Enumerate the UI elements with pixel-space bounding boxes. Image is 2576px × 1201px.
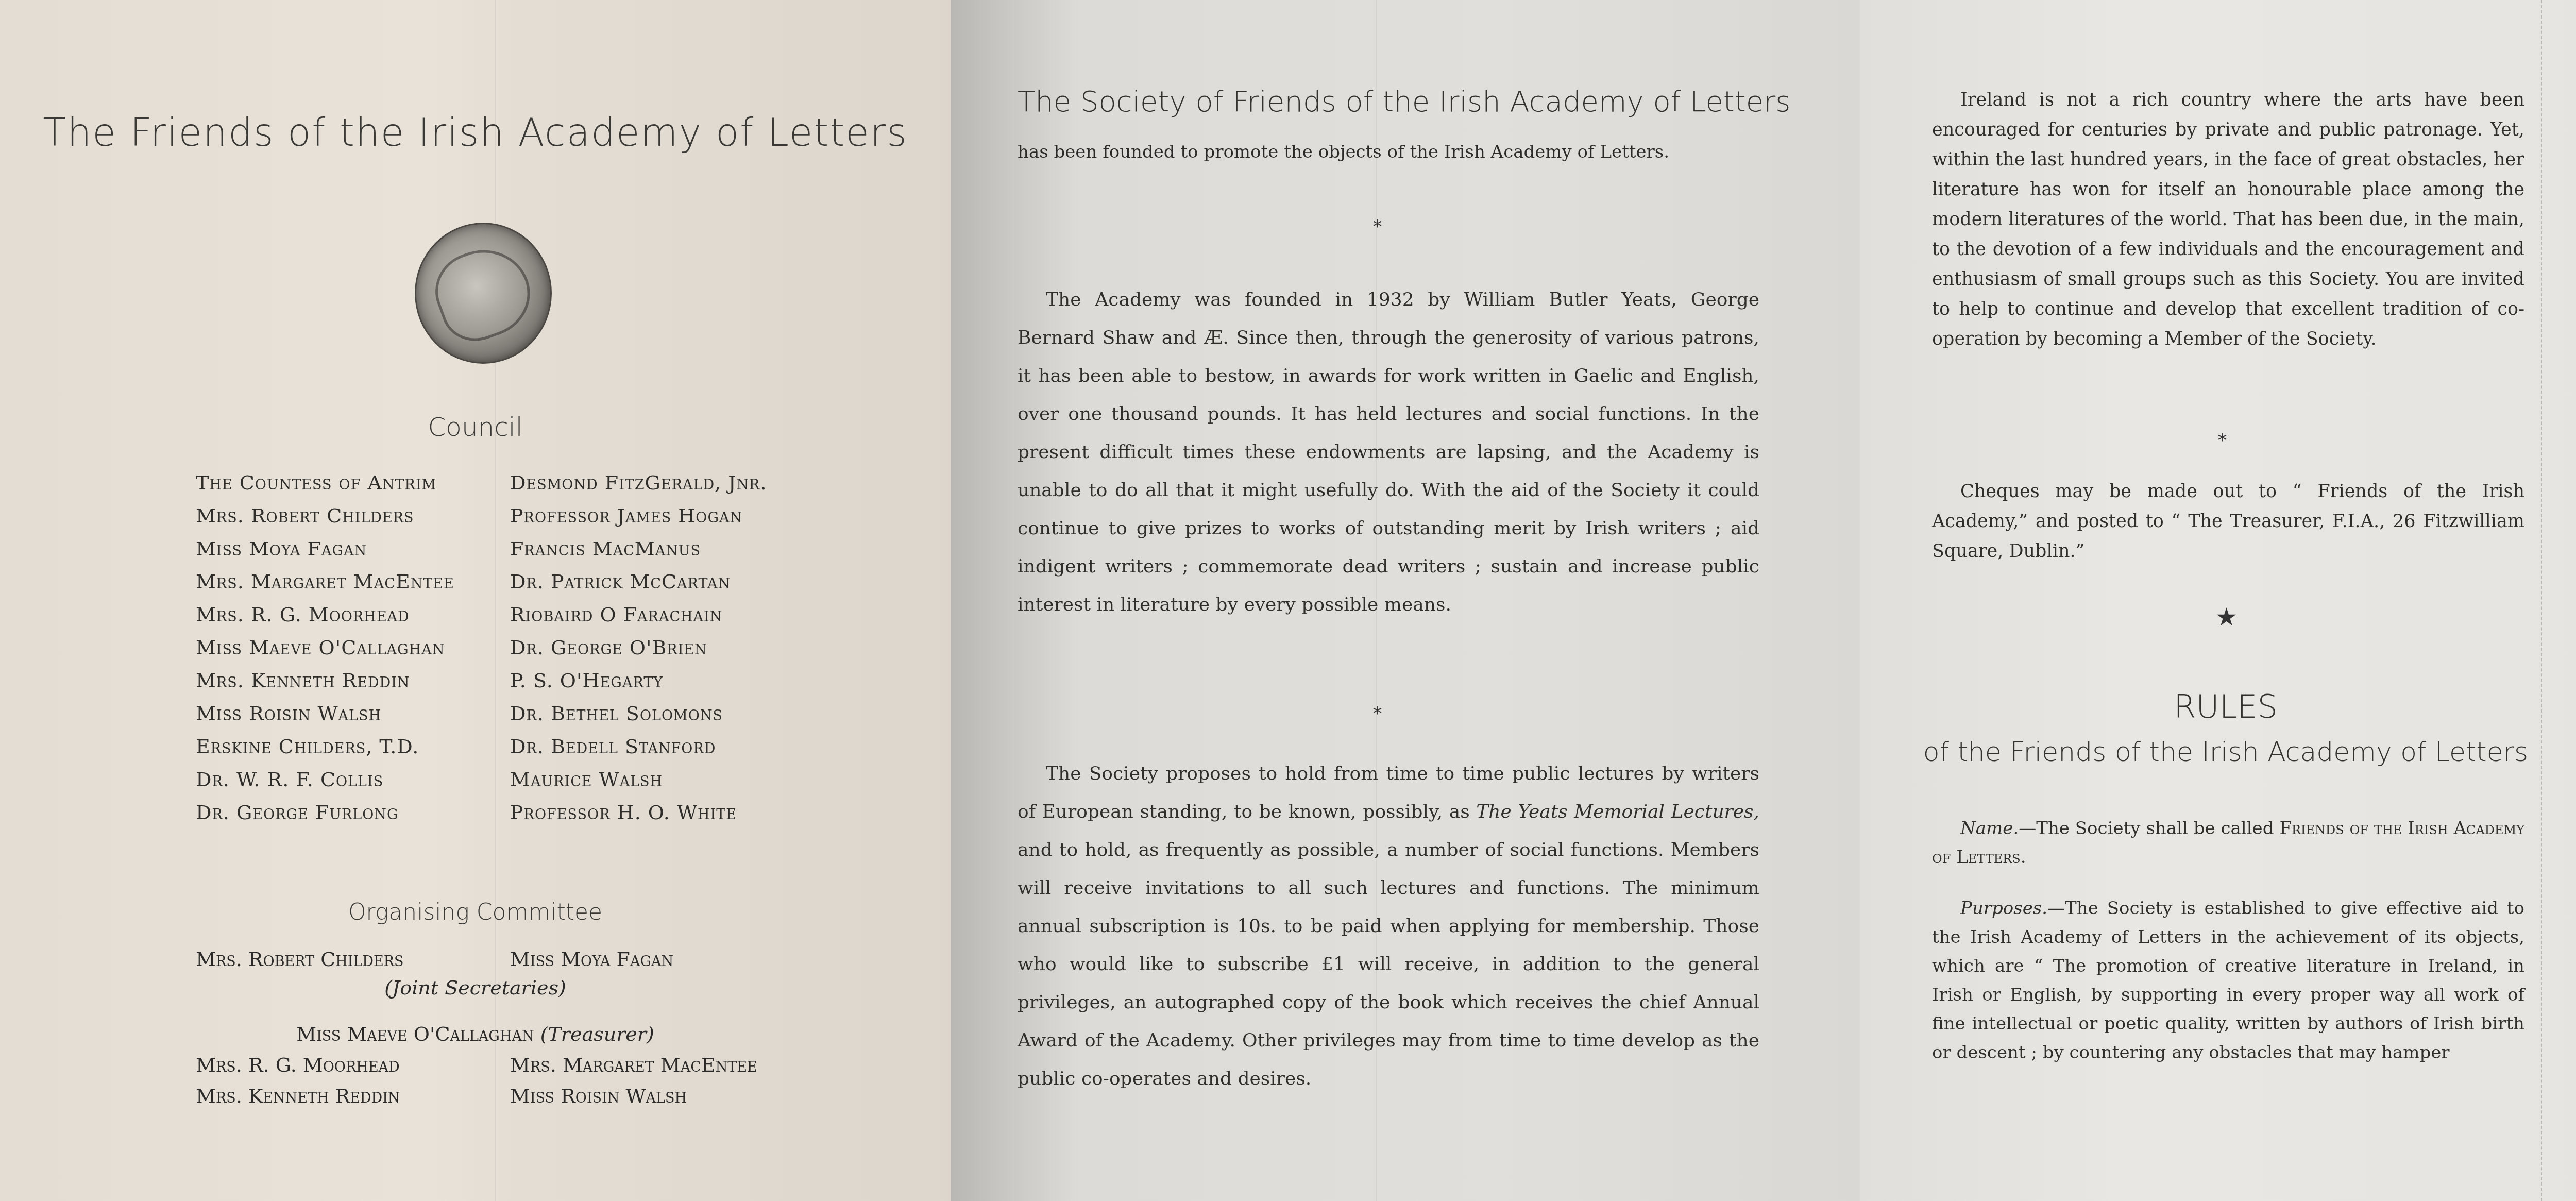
society-proposal-paragraph: The Society proposes to hold from time t…	[1018, 755, 1759, 1098]
asterisk-divider-icon: *	[1373, 216, 1382, 237]
committee-member: Mrs. Margaret MacEntee	[510, 1054, 757, 1076]
date-label: Date	[2573, 319, 2576, 361]
paragraph-text: Ireland is not a rich country where the …	[1932, 90, 2524, 349]
rule-text: —The Society shall be called	[2019, 818, 2279, 839]
society-title: The Society of Friends of the Irish Acad…	[1018, 85, 1790, 119]
committee-member: Miss Roisin Walsh	[510, 1085, 687, 1107]
society-subtitle: has been founded to promote the objects …	[1018, 142, 1669, 162]
council-member: Dr. W. R. F. Collis	[196, 763, 510, 796]
appeal-rules-panel: Ireland is not a rich country where the …	[1860, 0, 2576, 1201]
committee-member: Mrs. Kenneth Reddin	[196, 1085, 400, 1107]
form-text: To The Treasurer,	[2573, 1014, 2576, 1170]
academy-history-paragraph: The Academy was founded in 1932 by Willi…	[1018, 281, 1759, 624]
treasurer-line: Miss Maeve O'Callaghan (Treasurer)	[0, 1023, 951, 1045]
asterisk-divider-icon: *	[2218, 430, 2227, 451]
council-member: Dr. George O'Brien	[510, 631, 814, 664]
date-field[interactable]: Date	[2573, 164, 2576, 361]
council-heading: Council	[0, 412, 951, 442]
paragraph-text: and to hold, as frequently as possible, …	[1018, 839, 1759, 1089]
committee-member: Miss Moya Fagan	[510, 948, 673, 971]
asterisk-divider-icon: *	[1373, 703, 1382, 724]
treasurer-name: Miss Maeve O'Callaghan	[296, 1023, 534, 1045]
council-member: Dr. George Furlong	[196, 796, 510, 829]
academy-seal-icon	[415, 223, 552, 364]
council-member: Dr. Bedell Stanford	[510, 730, 814, 763]
committee-heading: Organising Committee	[0, 899, 951, 925]
rule-purposes: Purposes.—The Society is established to …	[1932, 894, 2524, 1067]
council-member: The Countess of Antrim	[196, 466, 510, 499]
council-member: Miss Roisin Walsh	[196, 697, 510, 730]
committee-member: Mrs. Robert Childers	[196, 948, 404, 971]
paragraph-text: The Academy was founded in 1932 by Willi…	[1018, 289, 1759, 615]
council-member: Mrs. R. G. Moorhead	[196, 598, 510, 631]
rule-name: Name.—The Society shall be called Friend…	[1932, 814, 2524, 872]
council-member: Dr. Patrick McCartan	[510, 565, 814, 598]
council-member: Mrs. Robert Childers	[196, 499, 510, 532]
cover-title: The Friends of the Irish Academy of Lett…	[0, 111, 951, 155]
rule-text: —The Society is established to give effe…	[1932, 898, 2524, 1063]
council-member: Miss Maeve O'Callaghan	[196, 631, 510, 664]
rule-label: Purposes.	[1960, 898, 2047, 919]
paragraph-text: Cheques may be made out to “ Friends of …	[1932, 481, 2524, 562]
council-member: Professor H. O. White	[510, 796, 814, 829]
council-member: Miss Moya Fagan	[196, 532, 510, 565]
council-member: P. S. O'Hegarty	[510, 664, 814, 697]
appeal-paragraph: Ireland is not a rich country where the …	[1932, 85, 2524, 354]
council-list: The Countess of AntrimDesmond FitzGerald…	[196, 466, 814, 829]
cover-panel: The Friends of the Irish Academy of Lett…	[0, 0, 951, 1201]
rules-heading: RULES	[1917, 688, 2535, 725]
council-member: Riobaird O Farachain	[510, 598, 814, 631]
lecture-series-title: The Yeats Memorial Lectures,	[1476, 801, 1759, 822]
introduction-panel: The Society of Friends of the Irish Acad…	[951, 0, 1860, 1201]
rules-subheading: of the Friends of the Irish Academy of L…	[1917, 737, 2535, 768]
council-member: Francis MacManus	[510, 532, 814, 565]
cheques-paragraph: Cheques may be made out to “ Friends of …	[1932, 477, 2524, 566]
treasurer-role: (Treasurer)	[540, 1023, 654, 1045]
council-member: Erskine Childers, T.D.	[196, 730, 510, 763]
star-divider-icon: ★	[2215, 603, 2238, 632]
joint-secretaries-note: (Joint Secretaries)	[0, 976, 951, 999]
council-member: Maurice Walsh	[510, 763, 814, 796]
committee-member: Mrs. R. G. Moorhead	[196, 1054, 400, 1076]
tear-off-perforation	[2541, 0, 2542, 1201]
council-member: Desmond FitzGerald, Jnr.	[510, 466, 814, 499]
council-member: Mrs. Kenneth Reddin	[196, 664, 510, 697]
council-member: Professor James Hogan	[510, 499, 814, 532]
form-to-line: To The Treasurer,	[2573, 1014, 2576, 1170]
rule-label: Name.	[1960, 818, 2019, 839]
council-member: Dr. Bethel Solomons	[510, 697, 814, 730]
council-member: Mrs. Margaret MacEntee	[196, 565, 510, 598]
